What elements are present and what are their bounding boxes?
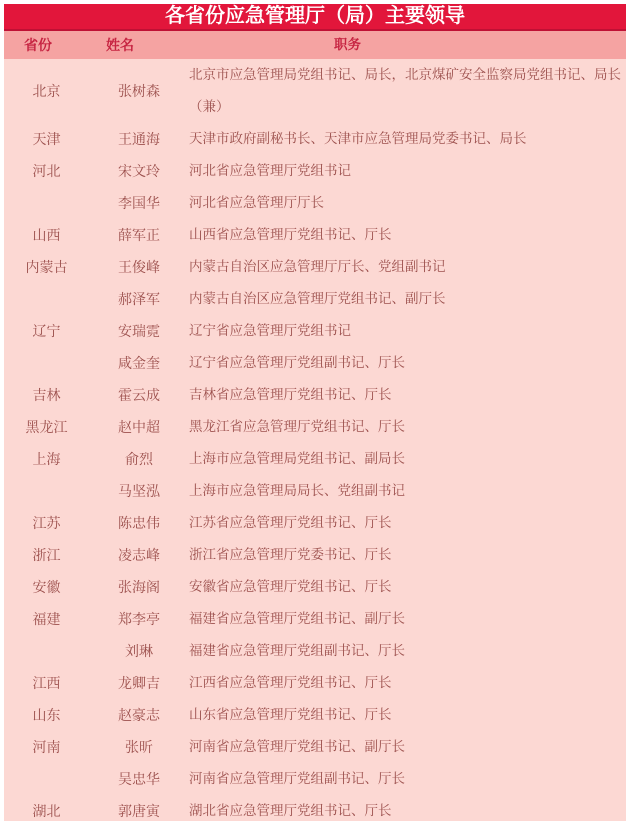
cell-position: 河南省应急管理厅党组副书记、厅长 xyxy=(189,763,626,795)
cell-name: 凌志峰 xyxy=(89,545,189,565)
table-row: 吉林 霍云成 吉林省应急管理厅党组书记、厅长 xyxy=(4,379,626,411)
table-row: 内蒙古 王俊峰 内蒙古自治区应急管理厅厅长、党组副书记 xyxy=(4,251,626,283)
leaders-table: 各省份应急管理厅（局）主要领导 省份 姓名 职务 北京 张树森 北京市应急管理局… xyxy=(4,4,626,821)
cell-position: 山东省应急管理厅党组书记、厅长 xyxy=(189,699,626,731)
cell-position: 上海市应急管理局党组书记、副局长 xyxy=(189,443,626,475)
cell-name: 陈忠伟 xyxy=(89,513,189,533)
cell-name: 马坚泓 xyxy=(89,481,189,501)
cell-province: 安徽 xyxy=(4,577,89,597)
cell-name: 薛军正 xyxy=(89,225,189,245)
cell-position: 河北省应急管理厅厅长 xyxy=(189,187,626,219)
cell-position: 上海市应急管理局局长、党组副书记 xyxy=(189,475,626,507)
cell-name: 郝泽军 xyxy=(89,289,189,309)
cell-name: 张树森 xyxy=(89,81,189,101)
cell-name: 宋文玲 xyxy=(89,161,189,181)
page: 各省份应急管理厅（局）主要领导 省份 姓名 职务 北京 张树森 北京市应急管理局… xyxy=(0,0,630,821)
cell-name: 吴忠华 xyxy=(89,769,189,789)
cell-position: 湖北省应急管理厅党组书记、厅长 xyxy=(189,795,626,821)
cell-position: 浙江省应急管理厅党委书记、厅长 xyxy=(189,539,626,571)
cell-name: 王俊峰 xyxy=(89,257,189,277)
cell-province: 山西 xyxy=(4,225,89,245)
table-row: 湖北 郭唐寅 湖北省应急管理厅党组书记、厅长 xyxy=(4,795,626,821)
table-title: 各省份应急管理厅（局）主要领导 xyxy=(4,4,626,31)
table-row: 李国华 河北省应急管理厅厅长 xyxy=(4,187,626,219)
table-header: 省份 姓名 职务 xyxy=(4,31,626,59)
cell-province: 内蒙古 xyxy=(4,257,89,277)
cell-province: 江苏 xyxy=(4,513,89,533)
cell-name: 龙卿吉 xyxy=(89,673,189,693)
table-row: 福建 郑李亭 福建省应急管理厅党组书记、副厅长 xyxy=(4,603,626,635)
cell-position: 山西省应急管理厅党组书记、厅长 xyxy=(189,219,626,251)
cell-province: 河北 xyxy=(4,161,89,181)
cell-name: 郑李亭 xyxy=(89,609,189,629)
table-row: 上海 俞烈 上海市应急管理局党组书记、副局长 xyxy=(4,443,626,475)
cell-position: 江西省应急管理厅党组书记、厅长 xyxy=(189,667,626,699)
table-row: 河南 张昕 河南省应急管理厅党组书记、副厅长 xyxy=(4,731,626,763)
header-name: 姓名 xyxy=(89,35,189,55)
cell-name: 霍云成 xyxy=(89,385,189,405)
cell-province: 浙江 xyxy=(4,545,89,565)
table-row: 河北 宋文玲 河北省应急管理厅党组书记 xyxy=(4,155,626,187)
cell-position: 内蒙古自治区应急管理厅厅长、党组副书记 xyxy=(189,251,626,283)
cell-province: 天津 xyxy=(4,129,89,149)
cell-province: 辽宁 xyxy=(4,321,89,341)
cell-position: 河北省应急管理厅党组书记 xyxy=(189,155,626,187)
cell-position: 福建省应急管理厅党组副书记、厅长 xyxy=(189,635,626,667)
table-row: 吴忠华 河南省应急管理厅党组副书记、厅长 xyxy=(4,763,626,795)
table-row: 天津 王通海 天津市政府副秘书长、天津市应急管理局党委书记、局长 xyxy=(4,123,626,155)
cell-position: 江苏省应急管理厅党组书记、厅长 xyxy=(189,507,626,539)
cell-province: 北京 xyxy=(4,81,89,101)
cell-province: 湖北 xyxy=(4,801,89,821)
cell-name: 张昕 xyxy=(89,737,189,757)
cell-name: 安瑞霓 xyxy=(89,321,189,341)
cell-position: 黑龙江省应急管理厅党组书记、厅长 xyxy=(189,411,626,443)
cell-position: 北京市应急管理局党组书记、局长，北京煤矿安全监察局党组书记、局长（兼） xyxy=(189,59,626,123)
table-row: 辽宁 安瑞霓 辽宁省应急管理厅党组书记 xyxy=(4,315,626,347)
cell-province: 福建 xyxy=(4,609,89,629)
cell-province: 黑龙江 xyxy=(4,417,89,437)
table-row: 咸金奎 辽宁省应急管理厅党组副书记、厅长 xyxy=(4,347,626,379)
table-row: 浙江 凌志峰 浙江省应急管理厅党委书记、厅长 xyxy=(4,539,626,571)
header-position: 职务 xyxy=(189,31,626,59)
cell-name: 刘琳 xyxy=(89,641,189,661)
header-province: 省份 xyxy=(4,35,89,55)
table-row: 郝泽军 内蒙古自治区应急管理厅党组书记、副厅长 xyxy=(4,283,626,315)
table-row: 马坚泓 上海市应急管理局局长、党组副书记 xyxy=(4,475,626,507)
table-body: 北京 张树森 北京市应急管理局党组书记、局长，北京煤矿安全监察局党组书记、局长（… xyxy=(4,59,626,821)
cell-name: 王通海 xyxy=(89,129,189,149)
cell-position: 天津市政府副秘书长、天津市应急管理局党委书记、局长 xyxy=(189,123,626,155)
cell-province: 吉林 xyxy=(4,385,89,405)
cell-position: 辽宁省应急管理厅党组副书记、厅长 xyxy=(189,347,626,379)
cell-name: 咸金奎 xyxy=(89,353,189,373)
cell-name: 李国华 xyxy=(89,193,189,213)
cell-position: 吉林省应急管理厅党组书记、厅长 xyxy=(189,379,626,411)
cell-position: 辽宁省应急管理厅党组书记 xyxy=(189,315,626,347)
cell-name: 郭唐寅 xyxy=(89,801,189,821)
table-row: 山西 薛军正 山西省应急管理厅党组书记、厅长 xyxy=(4,219,626,251)
cell-name: 赵豪志 xyxy=(89,705,189,725)
table-row: 北京 张树森 北京市应急管理局党组书记、局长，北京煤矿安全监察局党组书记、局长（… xyxy=(4,59,626,123)
cell-position: 河南省应急管理厅党组书记、副厅长 xyxy=(189,731,626,763)
cell-province: 江西 xyxy=(4,673,89,693)
table-row: 山东 赵豪志 山东省应急管理厅党组书记、厅长 xyxy=(4,699,626,731)
cell-position: 安徽省应急管理厅党组书记、厅长 xyxy=(189,571,626,603)
table-row: 江西 龙卿吉 江西省应急管理厅党组书记、厅长 xyxy=(4,667,626,699)
cell-name: 赵中超 xyxy=(89,417,189,437)
cell-position: 内蒙古自治区应急管理厅党组书记、副厅长 xyxy=(189,283,626,315)
cell-province: 河南 xyxy=(4,737,89,757)
cell-province: 山东 xyxy=(4,705,89,725)
cell-province: 上海 xyxy=(4,449,89,469)
table-row: 安徽 张海阁 安徽省应急管理厅党组书记、厅长 xyxy=(4,571,626,603)
table-row: 江苏 陈忠伟 江苏省应急管理厅党组书记、厅长 xyxy=(4,507,626,539)
cell-position: 福建省应急管理厅党组书记、副厅长 xyxy=(189,603,626,635)
table-row: 刘琳 福建省应急管理厅党组副书记、厅长 xyxy=(4,635,626,667)
cell-name: 张海阁 xyxy=(89,577,189,597)
cell-name: 俞烈 xyxy=(89,449,189,469)
table-row: 黑龙江 赵中超 黑龙江省应急管理厅党组书记、厅长 xyxy=(4,411,626,443)
